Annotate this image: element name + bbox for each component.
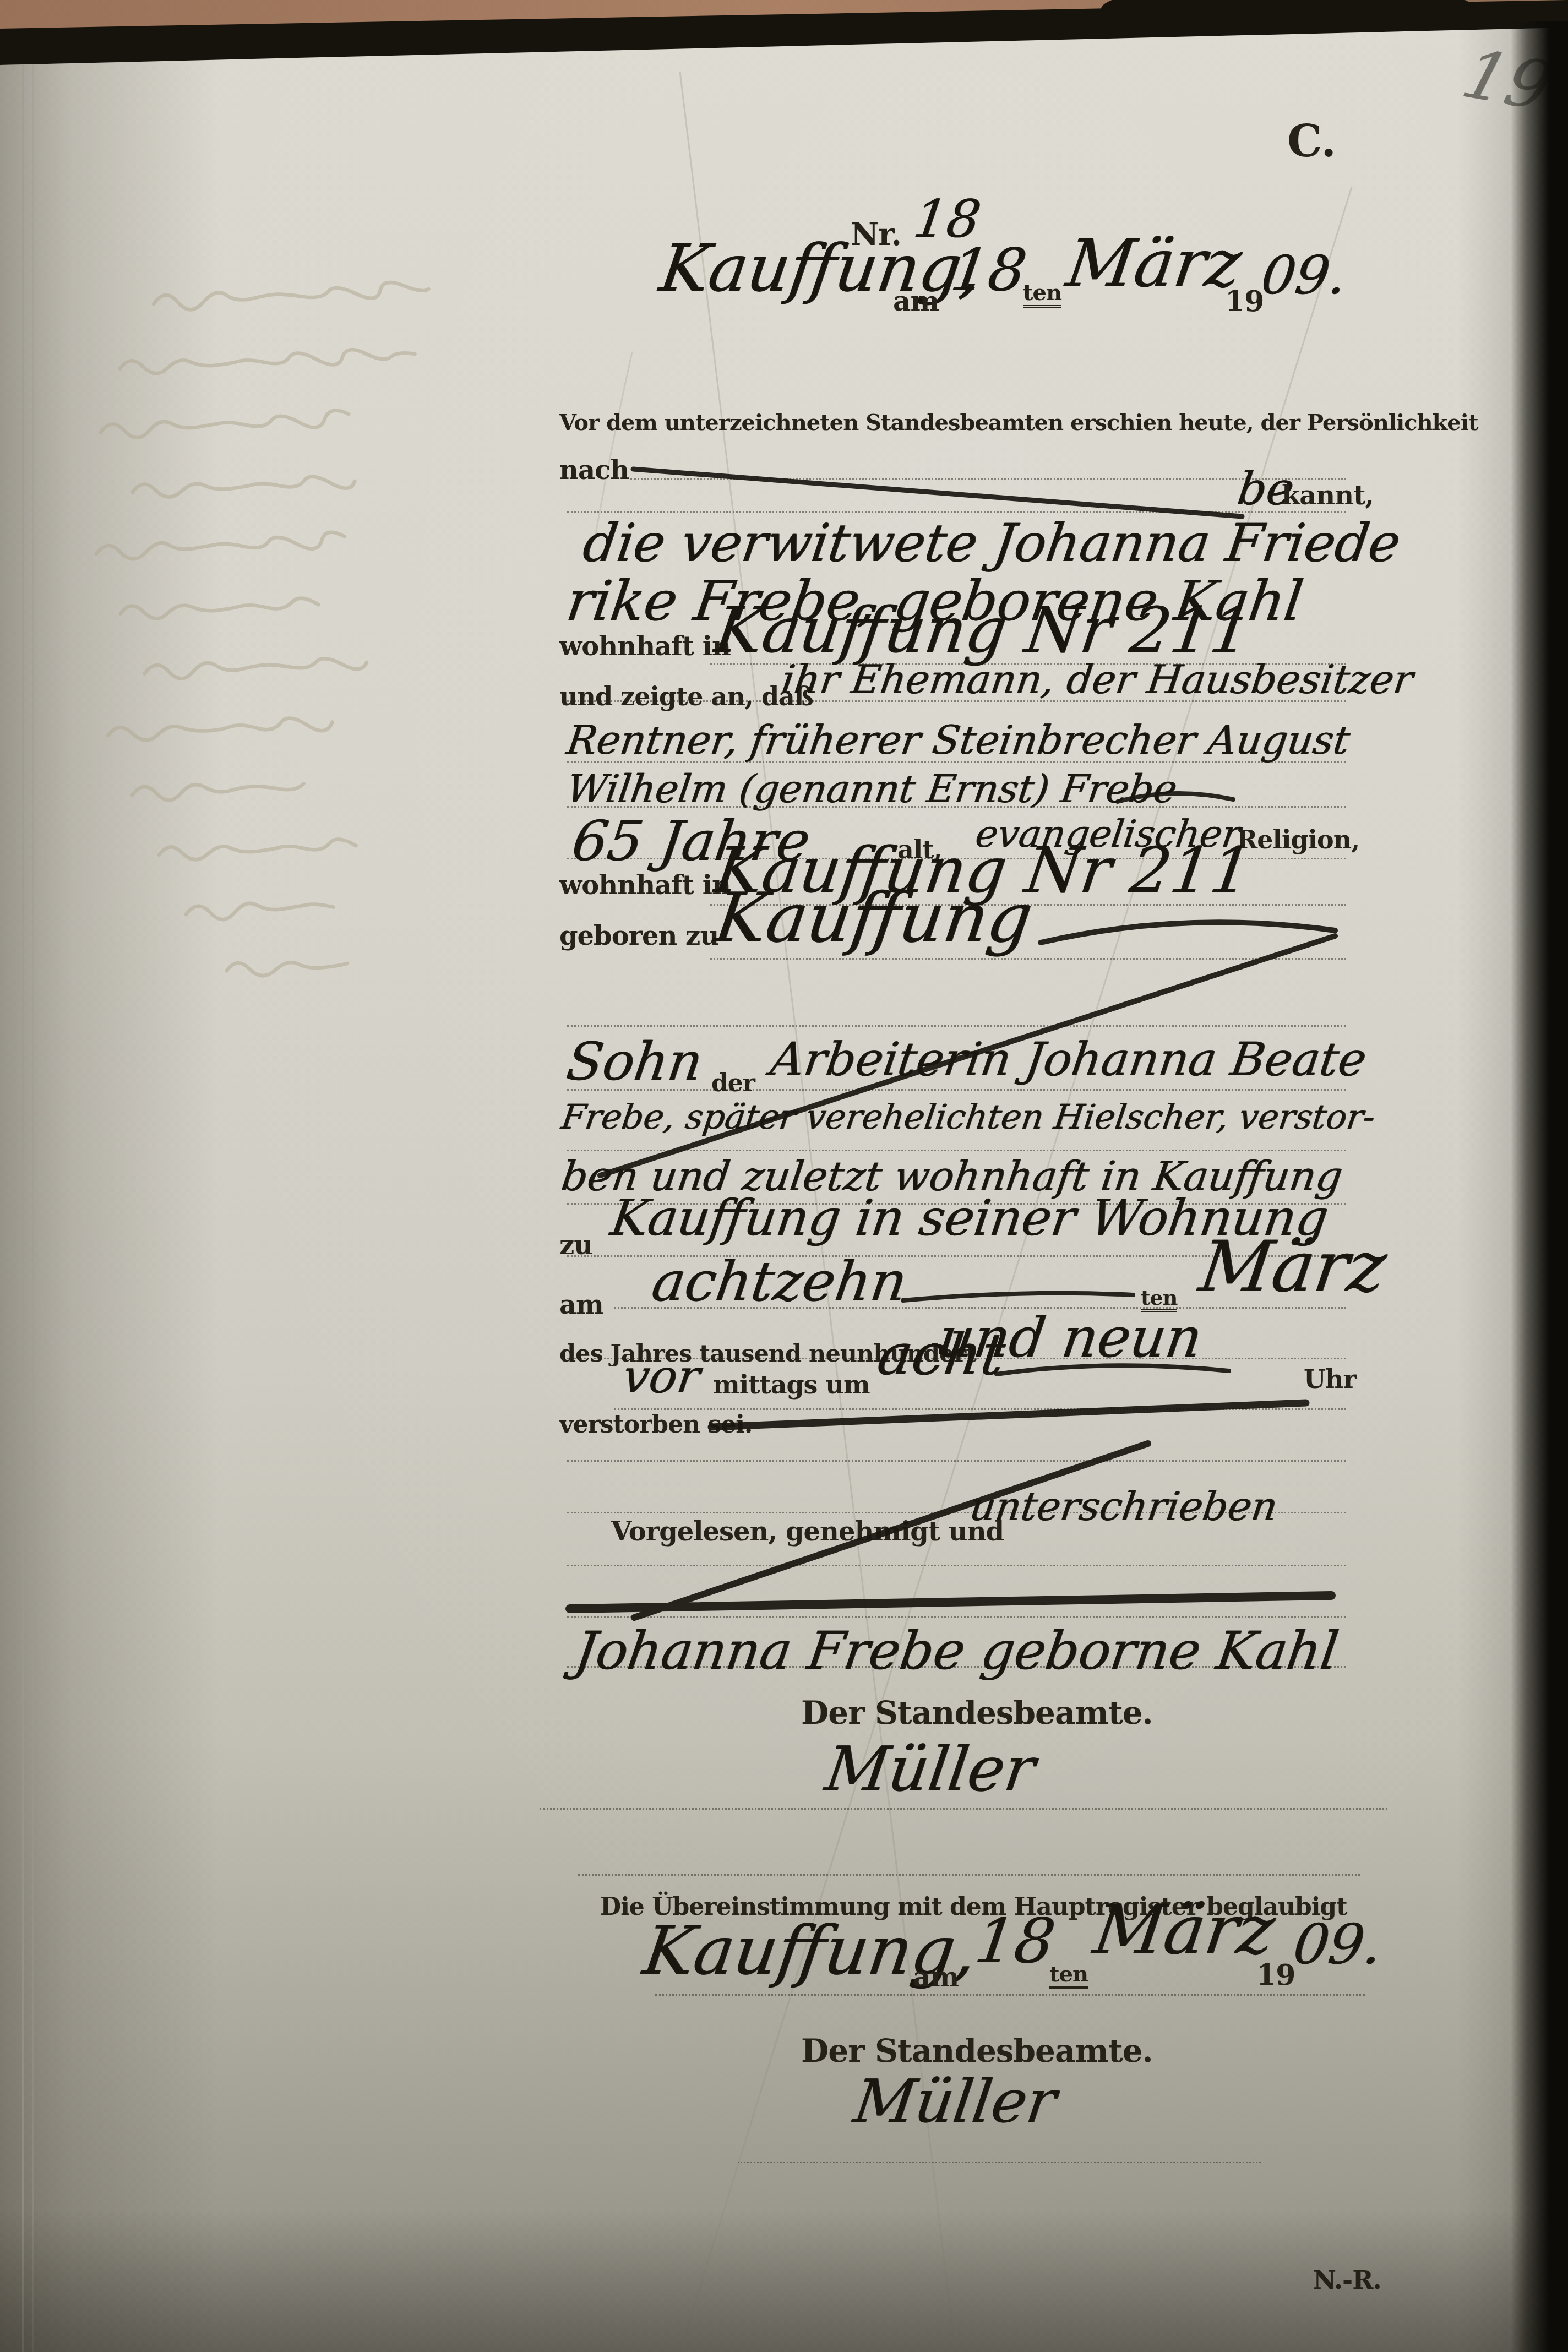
certification-am-label: am	[913, 1963, 959, 1991]
death-day-word: achtzehn	[649, 1254, 910, 1309]
certification-ten-label: ten	[1049, 1963, 1088, 1989]
form-rule	[567, 1616, 1346, 1618]
registrar-signature-2: Müller	[850, 2072, 1059, 2132]
death-am-label: am	[559, 1292, 603, 1318]
death-month: März	[1195, 1232, 1390, 1303]
deceased-zeigte-label: und zeigte an, daß	[559, 684, 813, 709]
page-edge-line	[22, 0, 24, 2352]
form-rule	[567, 1460, 1346, 1462]
intro-nach-label: nach	[559, 457, 629, 483]
closing-unterschrieben-hand: unterschrieben	[967, 1487, 1280, 1526]
intro-line: Vor dem unterzeichneten Standesbeamten e…	[559, 412, 1478, 434]
section-letter: C.	[1287, 119, 1336, 163]
death-hour: acht	[874, 1326, 1009, 1383]
book-cover-corner	[1101, 0, 1476, 35]
certification-day: 18	[971, 1910, 1058, 1972]
death-uhr-label: Uhr	[1304, 1366, 1356, 1392]
intro-kannt-label: kannt,	[1282, 482, 1374, 509]
deceased-birthplace: Kauffung	[711, 884, 1036, 952]
parents-mother-line1: Arbeiterin Johanna Beate	[767, 1036, 1369, 1082]
declarant-wohnhaft-label: wohnhaft in	[559, 633, 731, 660]
death-vor-hand: vor	[620, 1353, 703, 1400]
page-edge-line	[32, 0, 34, 2352]
certification-year-hand: 09.	[1290, 1917, 1385, 1972]
declarant-line1: die verwitwete Johanna Friede	[580, 518, 1403, 570]
registrar-title-2: Der Standesbeamte.	[801, 2035, 1153, 2067]
parents-der-label: der	[711, 1071, 755, 1096]
closing-vorgelesen-label: Vorgelesen, genehmigt und	[611, 1518, 1004, 1545]
deceased-occupation: Rentner, früherer Steinbrecher August	[564, 720, 1352, 760]
form-rule	[614, 1408, 1346, 1410]
signature-separator-stroke	[570, 1596, 1331, 1609]
deceased-geboren-label: geboren zu	[559, 923, 718, 949]
dateline-am-label: am	[893, 287, 939, 315]
blank-fill-stroke-verstorben	[711, 1403, 1306, 1427]
dateline-year-hand: 09.	[1258, 249, 1349, 302]
dateline-day: 18	[948, 241, 1030, 300]
form-rule	[738, 2162, 1261, 2163]
death-zu-label: zu	[559, 1232, 592, 1259]
form-rule	[567, 511, 1346, 513]
form-rule	[567, 1565, 1346, 1566]
registrar-title: Der Standesbeamte.	[801, 1697, 1153, 1729]
form-rule	[655, 1994, 1365, 1996]
form-rule	[567, 1150, 1346, 1151]
declarant-signature: Johanna Frebe geborne Kahl	[571, 1625, 1341, 1678]
registrar-signature: Müller	[821, 1739, 1038, 1800]
book-right-edge	[1511, 21, 1568, 2352]
death-verstorben-label: verstorben sei.	[559, 1413, 752, 1437]
deceased-name: Wilhelm (genannt Ernst) Frebe	[564, 770, 1179, 808]
parents-sohn-hand: Sohn	[563, 1036, 705, 1088]
register-page: 19 C. Nr. 18 Kauffung, am 18 ten März 19…	[0, 0, 1568, 2352]
declarant-residence: Kauffung Nr 211	[711, 599, 1255, 662]
form-rule	[578, 1874, 1360, 1876]
death-mittags-label: mittags um	[713, 1372, 870, 1397]
certification-month: März	[1090, 1896, 1278, 1964]
achtzehn-tail	[903, 1293, 1133, 1300]
form-rule	[540, 1808, 1387, 1810]
dateline-ten-label: ten	[1023, 282, 1061, 308]
deceased-religion-label: Religion,	[1237, 827, 1359, 852]
register-book-photo: 19 C. Nr. 18 Kauffung, am 18 ten März 19…	[0, 0, 1568, 2352]
blank-fill-stroke-nach	[633, 469, 1242, 516]
deceased-wohnhaft-label: wohnhaft in	[559, 872, 731, 899]
form-rule	[710, 958, 1346, 960]
parents-mother-line2: Frebe, später verehelichten Hielscher, v…	[559, 1100, 1377, 1134]
form-rule	[567, 1025, 1346, 1027]
deceased-relation: ihr Ehemann, der Hausbesitzer	[779, 660, 1415, 699]
bottom-shadow	[0, 2209, 1568, 2352]
blank-fill-stroke-geboren	[1041, 922, 1335, 943]
dateline-month: März	[1063, 231, 1245, 297]
